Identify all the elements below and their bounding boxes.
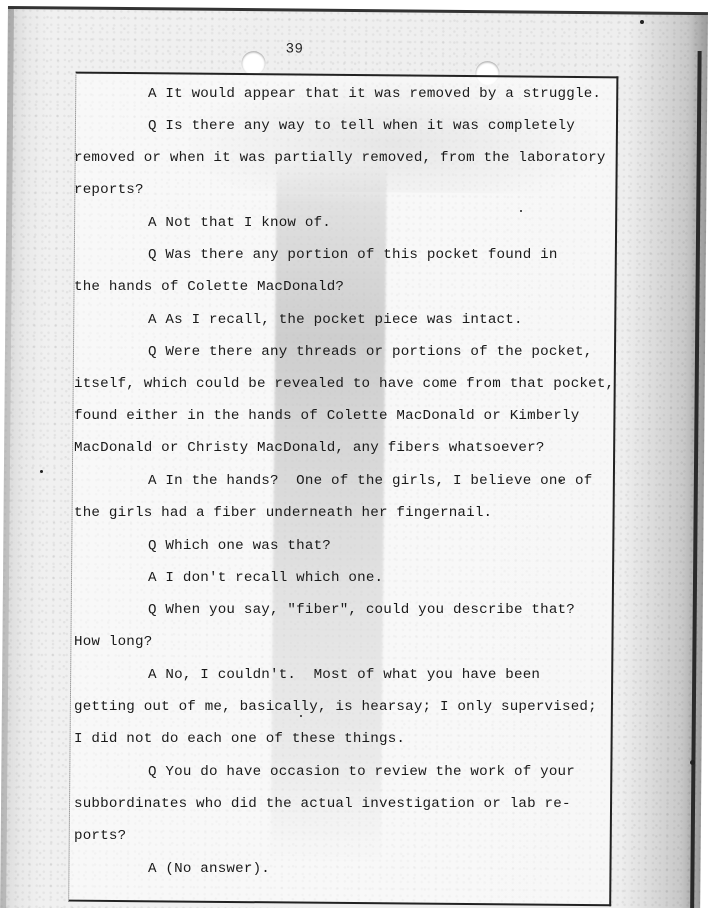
transcript-line: the hands of Colette MacDonald? bbox=[74, 279, 344, 295]
answer-line: A Not that I know of. bbox=[148, 215, 331, 231]
transcript-line: the girls had a fiber underneath her fin… bbox=[74, 505, 492, 521]
question-line: Q Is there any way to tell when it was c… bbox=[148, 118, 575, 134]
answer-line: A It would appear that it was removed by… bbox=[148, 86, 601, 102]
transcript-line: getting out of me, basically, is hearsay… bbox=[74, 699, 597, 715]
transcript-line: subbordinates who did the actual investi… bbox=[74, 796, 571, 812]
photocopy-speck bbox=[560, 480, 562, 482]
page-edge-shadow bbox=[690, 51, 702, 908]
transcript-line: found either in the hands of Colette Mac… bbox=[74, 408, 579, 424]
question-line: Q Which one was that? bbox=[148, 538, 331, 554]
question-line: Q You do have occasion to review the wor… bbox=[148, 764, 575, 780]
photocopy-speck bbox=[40, 470, 43, 473]
transcript-line: removed or when it was partially removed… bbox=[74, 150, 606, 166]
photocopy-speck bbox=[300, 715, 302, 717]
question-line: Q Were there any threads or portions of … bbox=[148, 344, 592, 360]
transcript-line: MacDonald or Christy MacDonald, any fibe… bbox=[74, 440, 545, 456]
answer-line: A As I recall, the pocket piece was inta… bbox=[148, 312, 523, 328]
answer-line: A I don't recall which one. bbox=[148, 570, 383, 586]
question-line: Q When you say, "fiber", could you descr… bbox=[148, 602, 575, 618]
answer-line: A No, I couldn't. Most of what you have … bbox=[148, 667, 540, 683]
page-number: 39 bbox=[286, 41, 304, 57]
punch-hole-left bbox=[241, 51, 265, 75]
answer-line: A (No answer). bbox=[148, 861, 270, 877]
transcript-line: How long? bbox=[74, 634, 152, 650]
transcript-line: reports? bbox=[74, 182, 144, 198]
photocopy-speck bbox=[690, 760, 695, 765]
photocopy-speck bbox=[640, 20, 644, 24]
answer-line: A In the hands? One of the girls, I beli… bbox=[148, 473, 592, 489]
transcript-line: I did not do each one of these things. bbox=[74, 731, 405, 747]
transcript-line: ports? bbox=[74, 828, 126, 844]
question-line: Q Was there any portion of this pocket f… bbox=[148, 247, 558, 263]
photocopy-speck bbox=[520, 210, 522, 212]
transcript-line: itself, which could be revealed to have … bbox=[74, 376, 614, 392]
